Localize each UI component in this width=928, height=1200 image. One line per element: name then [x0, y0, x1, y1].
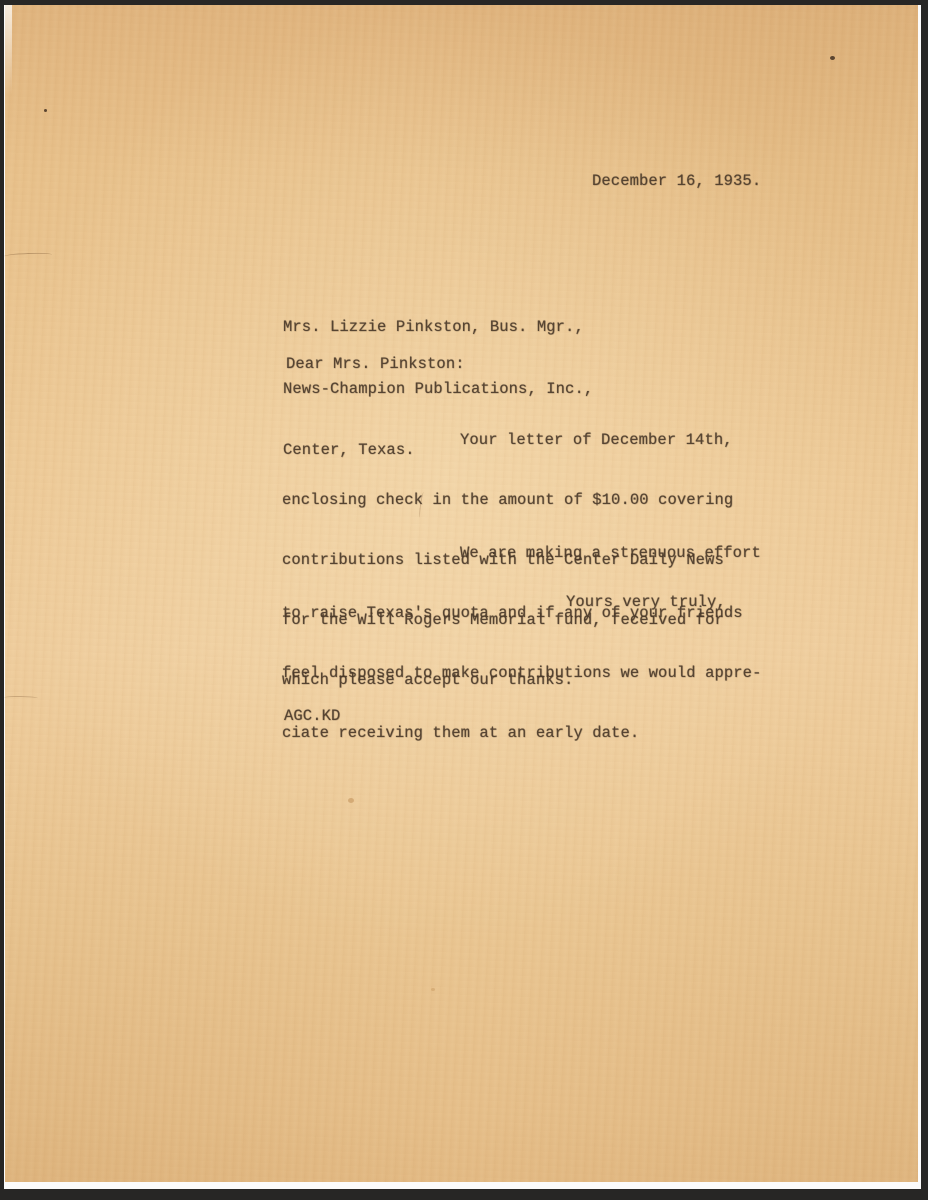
scanned-letter-page: December 16, 1935. Mrs. Lizzie Pinkston,…: [0, 0, 928, 1200]
typist-initials: AGC.KD: [284, 706, 340, 726]
body-line: ciate receiving them at an early date.: [282, 723, 761, 743]
body-line: We are making a strenuous effort: [282, 543, 761, 563]
body-paragraph: We are making a strenuous effort to rais…: [282, 503, 761, 783]
body-line: Your letter of December 14th,: [282, 430, 733, 450]
paper-edge-highlight: [5, 5, 12, 95]
body-line: feel disposed to make contributions we w…: [282, 663, 761, 683]
closing-phrase: Yours very truly,: [566, 592, 726, 612]
paper-speck: [44, 109, 47, 112]
recipient-line: Mrs. Lizzie Pinkston, Bus. Mgr.,: [283, 317, 593, 339]
salutation: Dear Mrs. Pinkston:: [286, 354, 465, 374]
paper-speck: [431, 988, 435, 991]
paper-speck: [348, 798, 354, 803]
paper-speck: [830, 56, 835, 60]
letter-date: December 16, 1935.: [592, 171, 761, 191]
